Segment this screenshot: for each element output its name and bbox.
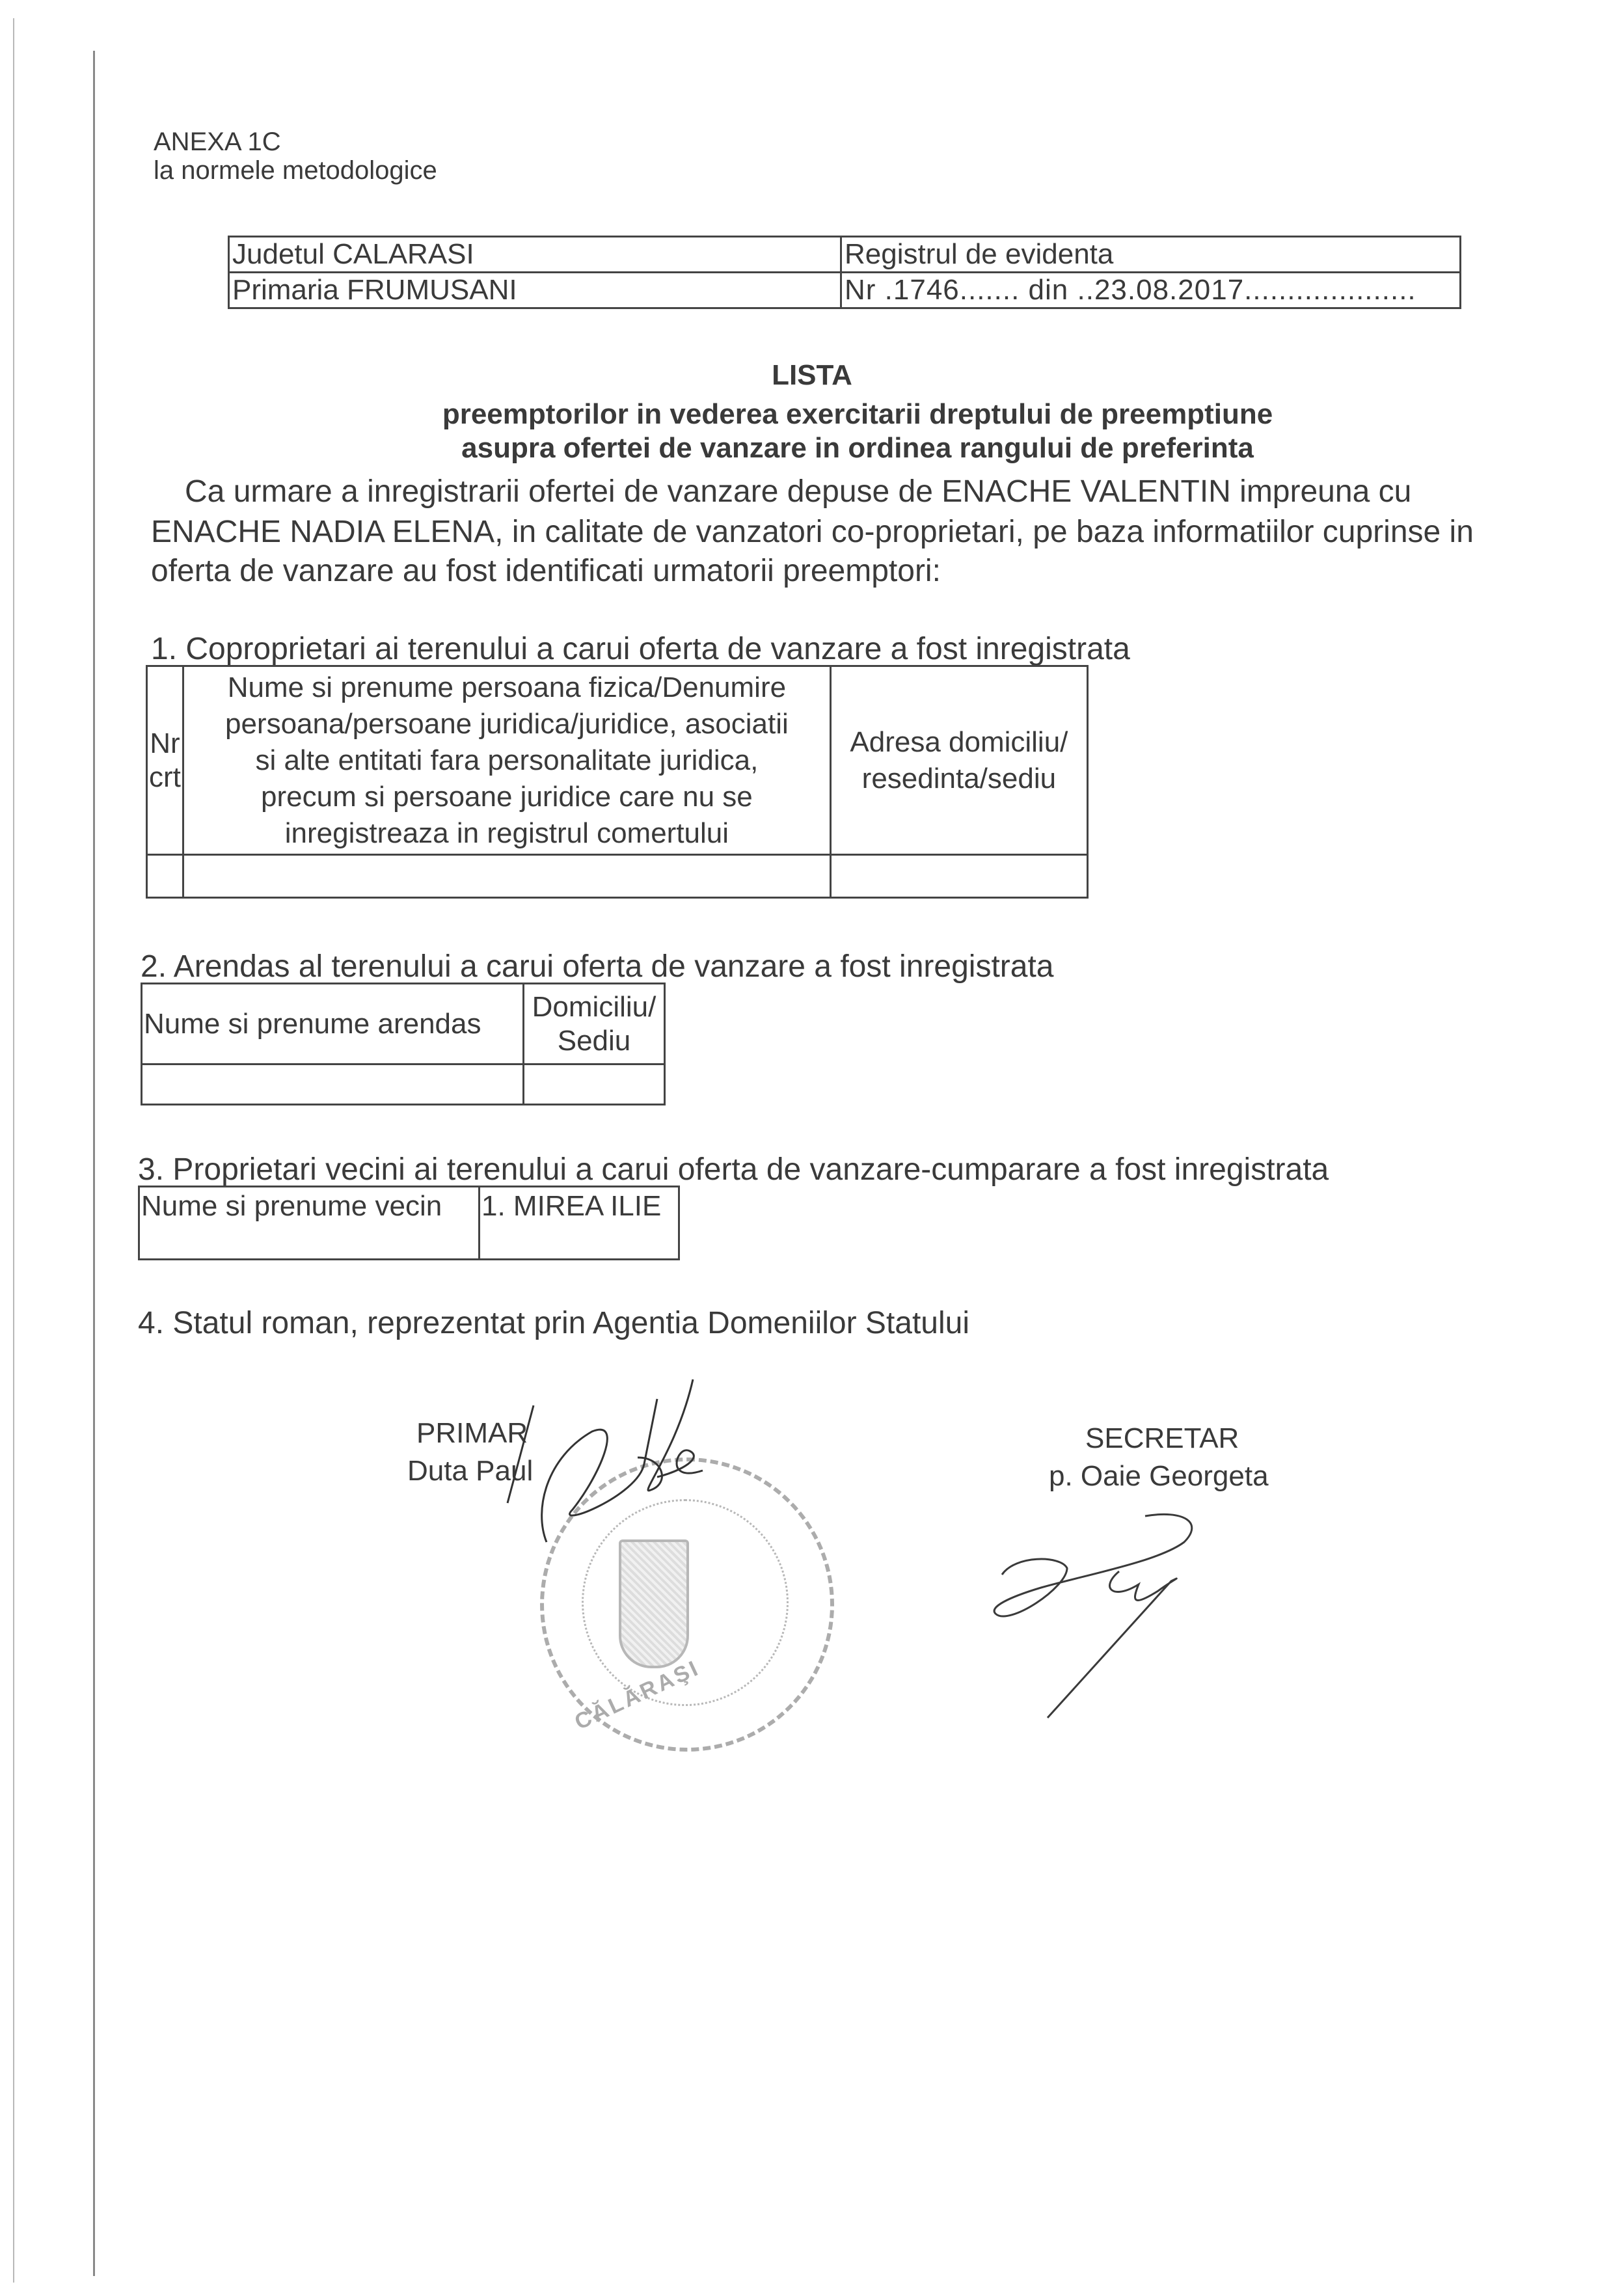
cell-domicile [524, 1064, 665, 1105]
col-nr-crt: Nr crt [147, 666, 183, 855]
domicile-header-line1: Domiciliu/ [526, 990, 662, 1024]
name-header-line: inregistreaza in registrul comertului [188, 815, 826, 852]
town-hall-cell: Primaria FRUMUSANI [229, 273, 841, 308]
nr-label: Nr [149, 727, 181, 761]
section4-text: 4. Statul roman, reprezentat prin Agenti… [138, 1305, 969, 1341]
registry-table: Judetul CALARASI Registrul de evidenta P… [228, 236, 1461, 309]
name-header-line: persoana/persoane juridica/juridice, aso… [188, 706, 826, 742]
cell-name [183, 855, 830, 898]
secretary-title: SECRETAR [1085, 1422, 1239, 1455]
table-row [142, 1064, 665, 1105]
name-header-line: si alte entitati fara personalitate juri… [188, 742, 826, 779]
section2-heading: 2. Arendas al terenului a carui oferta d… [141, 949, 1053, 984]
cell-nr [147, 855, 183, 898]
col-domicile: Domiciliu/ Sediu [524, 984, 665, 1064]
cell-address [830, 855, 1087, 898]
annex-subtitle: la normele metodologice [154, 156, 437, 185]
neighbor-label-cell: Nume si prenume vecin [139, 1187, 480, 1260]
document-subtitle-line1: preemptorilor in vederea exercitarii dre… [0, 398, 1624, 431]
secretary-name: p. Oaie Georgeta [1049, 1460, 1269, 1493]
county-cell: Judetul CALARASI [229, 237, 841, 273]
document-subtitle-line2: asupra ofertei de vanzare in ordinea ran… [0, 432, 1624, 465]
address-header-line1: Adresa domiciliu/ [835, 724, 1083, 761]
name-header-line: Nume si prenume persoana fizica/Denumire [188, 670, 826, 706]
name-header-line: precum si persoane juridice care nu se [188, 779, 826, 815]
intro-line1: Ca urmare a inregistrarii ofertei de van… [185, 474, 1411, 509]
neighbor-name-cell: 1. MIREA ILIE [480, 1187, 679, 1260]
secretary-signature-icon [989, 1510, 1262, 1744]
annex-label: ANEXA 1C [154, 128, 281, 157]
document-title: LISTA [0, 359, 1624, 392]
table-row [147, 855, 1088, 898]
coowners-table: Nr crt Nume si prenume persoana fizica/D… [146, 665, 1089, 899]
section3-heading: 3. Proprietari vecini ai terenului a car… [138, 1152, 1329, 1187]
domicile-header-line2: Sediu [526, 1024, 662, 1058]
intro-line2: ENACHE NADIA ELENA, in calitate de vanza… [151, 514, 1474, 550]
neighbors-table: Nume si prenume vecin 1. MIREA ILIE [138, 1186, 680, 1260]
register-number-cell: Nr .1746....... din ..23.08.2017........… [841, 273, 1461, 308]
col-name: Nume si prenume persoana fizica/Denumire… [183, 666, 830, 855]
section1-heading: 1. Coproprietari ai terenului a carui of… [151, 631, 1130, 667]
intro-line3: oferta de vanzare au fost identificati u… [151, 553, 941, 589]
cell-tenant-name [142, 1064, 524, 1105]
col-tenant-name: Nume si prenume arendas [142, 984, 524, 1064]
tenant-table: Nume si prenume arendas Domiciliu/ Sediu [141, 983, 666, 1105]
mayor-signature-icon [507, 1379, 768, 1588]
col-address: Adresa domiciliu/ resedinta/sediu [830, 666, 1087, 855]
scan-edge-line [13, 18, 14, 2283]
address-header-line2: resedinta/sediu [835, 761, 1083, 797]
crt-label: crt [149, 761, 181, 794]
register-label-cell: Registrul de evidenta [841, 237, 1461, 273]
